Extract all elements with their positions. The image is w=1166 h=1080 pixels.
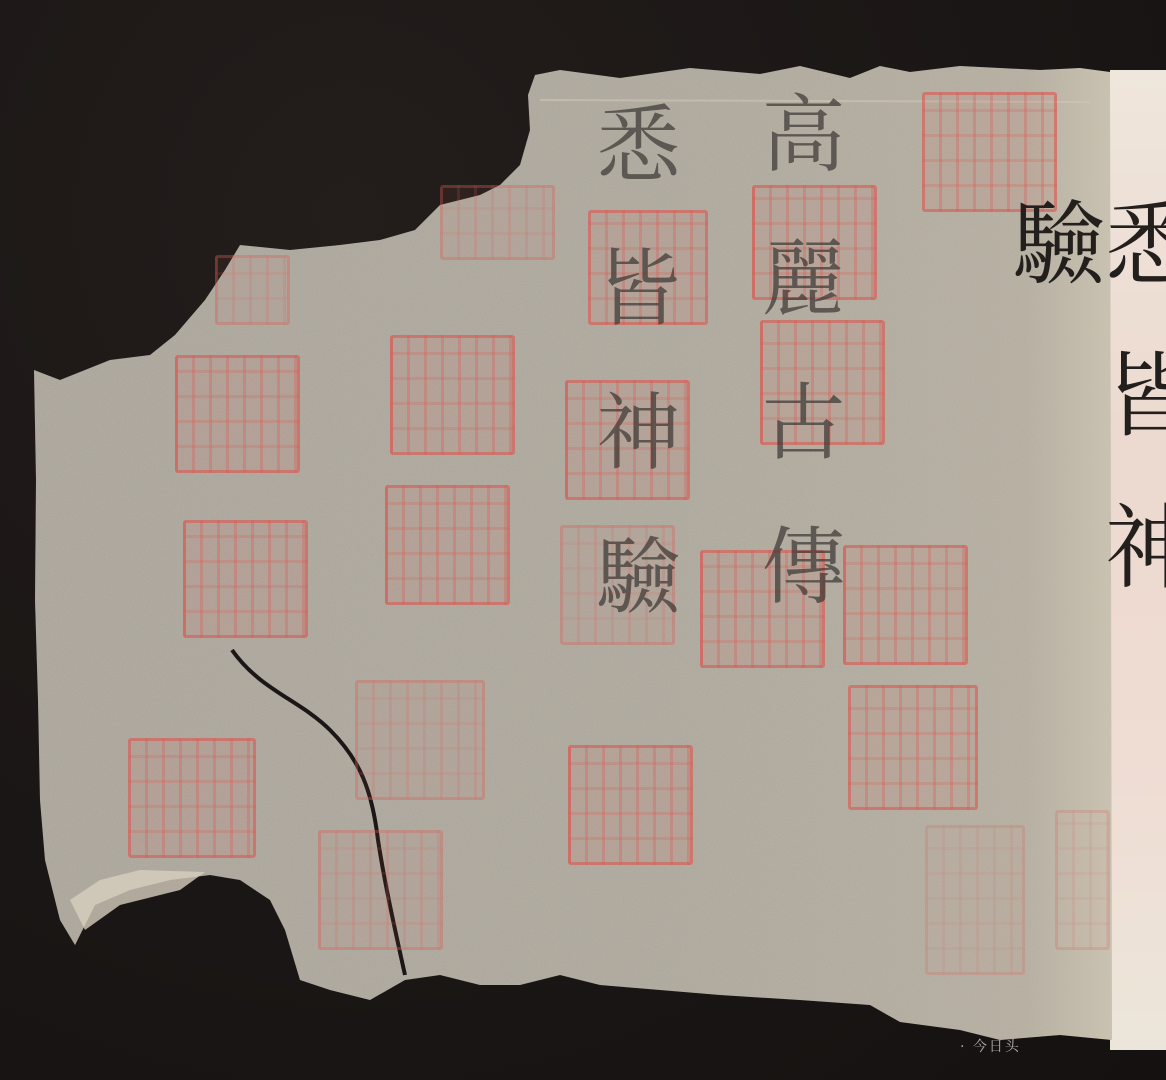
seal-stamp <box>318 830 443 950</box>
seal-stamp <box>355 680 485 800</box>
seal-stamp <box>128 738 256 858</box>
seal-stamp <box>183 520 308 638</box>
watermark-text: · 今日头 <box>960 1036 1021 1056</box>
calligraphy-left-column: 悉皆神驗 <box>590 100 674 780</box>
calligraphy-middle-column: 高麗古傳 <box>755 90 839 780</box>
seal-stamp <box>1055 810 1110 950</box>
seal-stamp <box>848 685 978 810</box>
seal-stamp <box>925 825 1025 975</box>
seal-stamp <box>175 355 300 473</box>
seal-stamp <box>843 545 968 665</box>
seal-stamp <box>390 335 515 455</box>
seal-stamp <box>215 255 290 325</box>
photo-scene: 悉皆神驗 高麗古傳 悉皆神驗 · 今日头 <box>0 0 1166 1080</box>
calligraphy-right-column: 悉皆神驗 <box>1005 195 1166 795</box>
seal-stamp <box>922 92 1057 212</box>
seal-stamp <box>385 485 510 605</box>
seal-stamp <box>440 185 555 260</box>
